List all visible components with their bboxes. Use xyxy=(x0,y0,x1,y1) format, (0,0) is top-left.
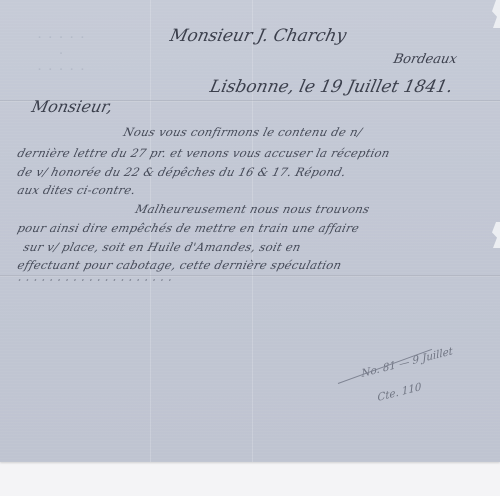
annotation-stroke xyxy=(338,349,432,384)
letter-line: de v/ honorée du 22 & dépêches du 16 & 1… xyxy=(16,165,348,179)
letter-line: effectuant pour cabotage, cette dernière… xyxy=(16,258,343,272)
letter-paper: · · · · · · · · · · · Monsieur J. Charch… xyxy=(0,0,500,462)
addressee: Monsieur J. Charchy xyxy=(168,26,348,46)
torn-edge xyxy=(490,222,500,248)
letter-line: Malheureusement nous nous trouvons xyxy=(134,202,371,216)
letter-line: pour ainsi dire empêchés de mettre en tr… xyxy=(16,221,361,235)
letter-line: sur v/ place, soit en Huile d'Amandes, s… xyxy=(22,240,303,254)
letter-line: Nous vous confirmons le contenu de n/ xyxy=(122,125,364,139)
addressee-city: Bordeaux xyxy=(392,52,458,67)
stamp-line: · · · · · xyxy=(38,30,87,46)
dateline: Lisbonne, le 19 Juillet 1841. xyxy=(208,77,455,97)
margin-annotation: Cte. 110 xyxy=(377,381,422,404)
stamp-line: · xyxy=(38,46,87,62)
salutation: Monsieur, xyxy=(30,97,114,116)
letter-line: dernière lettre du 27 pr. et venons vous… xyxy=(16,146,391,160)
faded-stamp: · · · · · · · · · · · xyxy=(38,30,87,78)
letter-line: aux dites ci-contre. xyxy=(16,183,137,197)
torn-edge xyxy=(490,0,500,28)
stamp-line: · · · · · xyxy=(38,62,87,78)
letter-line-cut: · · · · · · · · · · · · · · · · · · · · xyxy=(16,273,174,287)
margin-annotation: No. 81 — 9 Juillet xyxy=(361,345,453,380)
